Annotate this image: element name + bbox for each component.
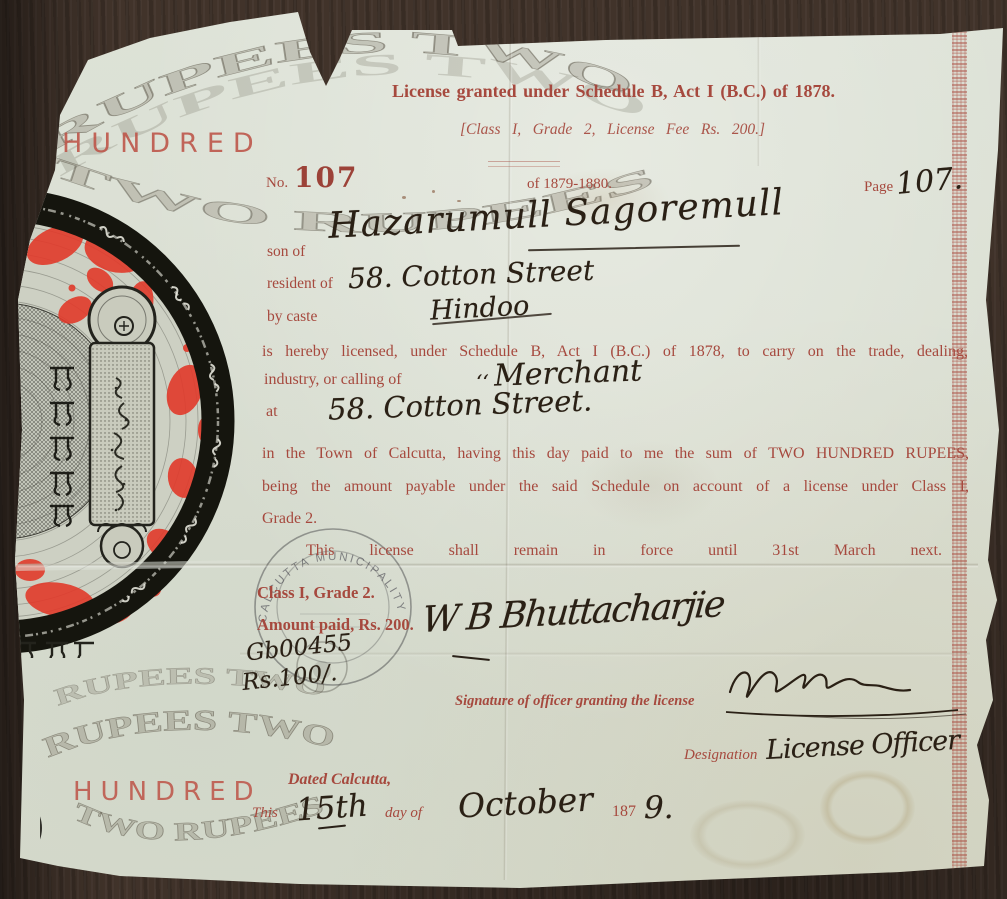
- of-year-label: of 1879-1880.: [527, 177, 612, 193]
- horizontal-fold-crease: [18, 563, 978, 568]
- paid-clause-line2: being the amount payable under the said …: [262, 479, 969, 496]
- force-clause: This license shall remain in force until…: [306, 543, 942, 560]
- clerk-signature-handwritten: W B Bhuttacharjie: [421, 586, 725, 640]
- emboss-bottom-group-arc2: RUPEES TWO: [40, 705, 338, 765]
- at-label: at: [266, 404, 278, 421]
- revenue-stamp: [12, 188, 250, 658]
- dated-label: Dated Calcutta,: [288, 772, 391, 789]
- stamp-cartouche: [89, 287, 155, 567]
- license-no-value: 107: [294, 163, 358, 192]
- header-line2: [Class I, Grade 2, License Fee Rs. 200.]: [460, 122, 765, 138]
- license-document: RUPEES TWO RUPEES TWO HUNDRED TWO RUPEES: [0, 0, 1007, 899]
- by-caste-label: by caste: [267, 309, 317, 325]
- paid-clause-line1: in the Town of Calcutta, having this day…: [262, 446, 969, 463]
- header-line1: License granted under Schedule B, Act I …: [392, 82, 835, 101]
- blank-line-son-of: [528, 245, 740, 251]
- red-rule: [488, 161, 560, 167]
- resident-of-handwritten: 58. Cotton Street: [348, 256, 595, 294]
- ink-speck: [402, 196, 406, 199]
- son-of-label: son of: [267, 244, 305, 260]
- ink-speck: [432, 190, 435, 193]
- class-grade-line: Class I, Grade 2.: [257, 584, 375, 601]
- emboss-hundred-text: HUNDRED: [62, 128, 263, 159]
- designation-label: Designation: [684, 748, 757, 764]
- license-no-label: No.: [266, 176, 288, 192]
- day-handwritten: 15th: [295, 790, 369, 827]
- photo-background: RUPEES TWO RUPEES TWO HUNDRED TWO RUPEES: [0, 0, 1007, 899]
- day-of-label: day of: [385, 806, 422, 822]
- page-label: Page: [864, 180, 893, 196]
- year-printed: 187: [612, 804, 636, 821]
- this-label: This: [252, 806, 278, 822]
- resident-of-label: resident of: [267, 276, 333, 292]
- year-digit-handwritten: 9.: [644, 792, 674, 825]
- designation-handwritten: License Officer: [765, 727, 959, 765]
- month-handwritten: October: [457, 782, 594, 824]
- emboss-hundred-text-bottom: HUNDRED: [73, 777, 262, 807]
- page-number-handwritten: 107.: [895, 163, 964, 200]
- calling-label: industry, or calling of: [264, 372, 402, 389]
- ink-smudge: [40, 798, 42, 858]
- officer-signature-label: Signature of officer granting the licens…: [455, 694, 694, 709]
- stain-ring-2: [690, 800, 805, 870]
- stain-ring: [820, 770, 915, 845]
- at-handwritten: 58. Cotton Street.: [328, 385, 593, 425]
- paid-clause-line3: Grade 2.: [262, 511, 317, 528]
- officer-signature: [718, 648, 973, 720]
